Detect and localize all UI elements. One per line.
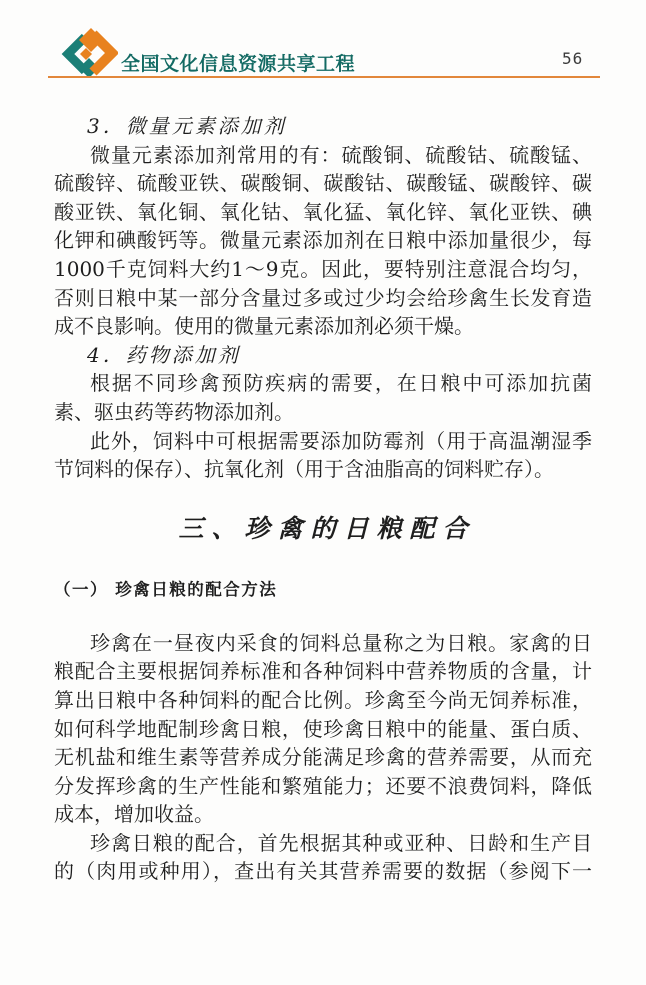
- document-page: 全国文化信息资源共享工程 56 3．微量元素添加剂微量元素添加剂常用的有：硫酸铜…: [0, 0, 646, 985]
- text-line: 无机盐和维生素等营养成分能满足珍禽的营养需要，从而充: [54, 743, 592, 772]
- page-header: 全国文化信息资源共享工程 56: [0, 0, 646, 90]
- text-line: 珍禽在一昼夜内采食的饲料总量称之为日粮。家禽的日: [54, 629, 592, 658]
- page-number: 56: [562, 49, 583, 68]
- text-line: 酸亚铁、氧化铜、氧化钴、氧化猛、氧化锌、氧化亚铁、碘: [54, 198, 592, 227]
- content-column: 3．微量元素添加剂微量元素添加剂常用的有：硫酸铜、硫酸钴、硫酸锰、硫酸锌、硫酸亚…: [54, 112, 592, 886]
- list-heading: 4．药物添加剂: [54, 341, 592, 370]
- text-line: 素、驱虫药等药物添加剂。: [54, 398, 592, 427]
- text-line: 的（肉用或种用），查出有关其营养需要的数据（参阅下一: [54, 857, 592, 886]
- subsection-heading: （一） 珍禽日粮的配合方法: [54, 578, 592, 602]
- text-line: 否则日粮中某一部分含量过多或过少均会给珍禽生长发育造: [54, 284, 592, 313]
- text-line: 根据不同珍禽预防疾病的需要，在日粮中可添加抗菌: [54, 369, 592, 398]
- text-line: 节饲料的保存）、抗氧化剂（用于含油脂高的饲料贮存）。: [54, 455, 592, 484]
- project-logo-icon: [58, 27, 118, 79]
- list-heading: 3．微量元素添加剂: [54, 112, 592, 141]
- text-line: 粮配合主要根据饲养标准和各种饲料中营养物质的含量，计: [54, 657, 592, 686]
- text-line: 此外，饲料中可根据需要添加防霉剂（用于高温潮湿季: [54, 427, 592, 456]
- logo-orange-arrow: [93, 34, 112, 72]
- text-line: 如何科学地配制珍禽日粮，使珍禽日粮中的能量、蛋白质、: [54, 715, 592, 744]
- brand-title: 全国文化信息资源共享工程: [121, 49, 355, 76]
- text-line: 成不良影响。使用的微量元素添加剂必须干燥。: [54, 312, 592, 341]
- text-line: 化钾和碘酸钙等。微量元素添加剂在日粮中添加量很少，每: [54, 226, 592, 255]
- text-line: 硫酸锌、硫酸亚铁、碳酸铜、碳酸钴、碳酸锰、碳酸锌、碳: [54, 169, 592, 198]
- text-line: 算出日粮中各种饲料的配合比例。珍禽至今尚无饲养标准，: [54, 686, 592, 715]
- text-line: 微量元素添加剂常用的有：硫酸铜、硫酸钴、硫酸锰、: [54, 141, 592, 170]
- text-line: 分发挥珍禽的生产性能和繁殖能力；还要不浪费饲料，降低: [54, 772, 592, 801]
- text-line: 珍禽日粮的配合，首先根据其种或亚种、日龄和生产目: [54, 829, 592, 858]
- text-line: 成本，增加收益。: [54, 800, 592, 829]
- text-line: 1000千克饲料大约1～9克。因此，要特别注意混合均匀，: [54, 255, 592, 284]
- section-title: 三、珍禽的日粮配合: [54, 510, 592, 548]
- header-divider: [48, 76, 600, 78]
